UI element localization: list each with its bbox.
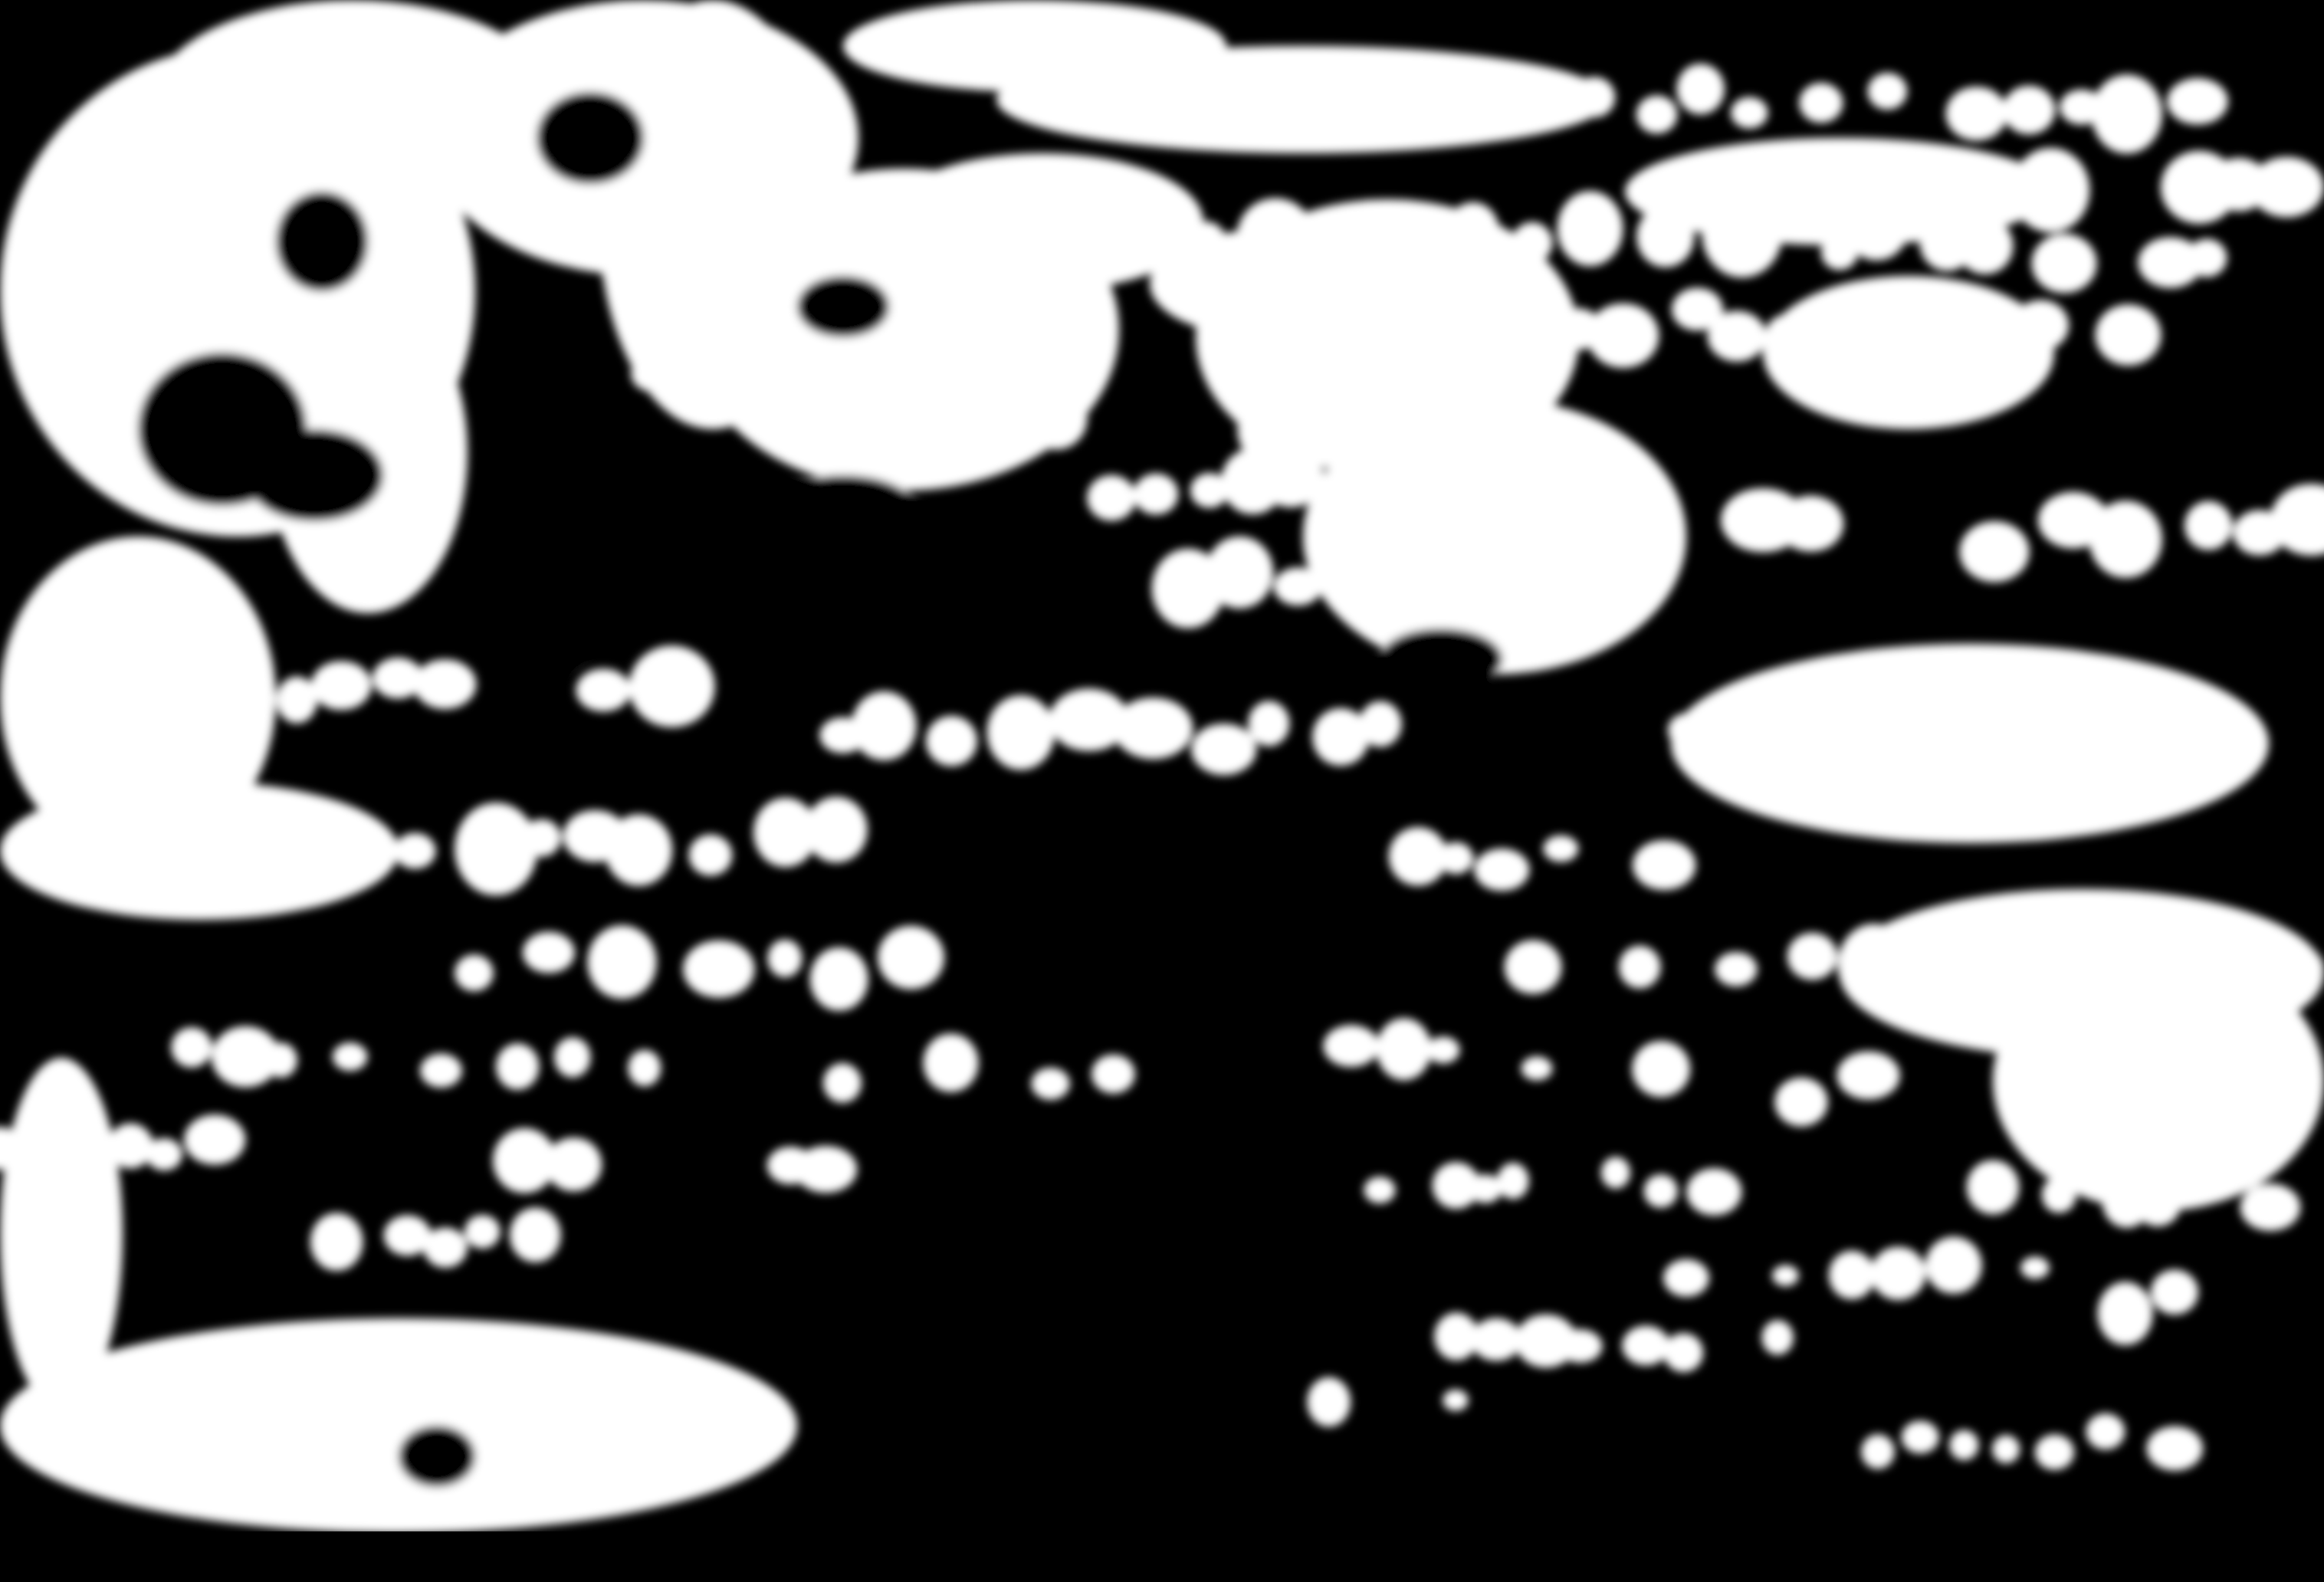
cloud-puff: [1304, 227, 1343, 258]
cloud-puff: [1829, 1251, 1875, 1299]
cloud-puff: [2089, 501, 2162, 578]
cloud-puff: [852, 691, 917, 760]
cloud-puff: [1488, 485, 1525, 525]
cloud-puff: [628, 1050, 661, 1087]
cloud-puff: [1130, 212, 1169, 243]
cloud-puff: [184, 1114, 245, 1164]
cloud-puff: [31, 1121, 93, 1170]
cloud-puff: [1598, 544, 1660, 591]
cloud-puff: [264, 1042, 297, 1078]
cloud-puff: [1761, 1320, 1793, 1355]
cloud-puff: [1957, 217, 2014, 274]
cloud-puff: [1505, 940, 1562, 994]
cloud-puff: [1512, 222, 1552, 264]
cloud-puff: [1644, 1174, 1678, 1208]
cloud-puff: [1992, 1435, 2020, 1463]
cloud-puff: [845, 402, 918, 474]
cloud-puff: [394, 833, 435, 869]
cloud-puff: [1307, 1377, 1351, 1427]
cloud-puff: [1871, 1246, 1926, 1300]
cloud-puff: [1323, 1025, 1379, 1067]
cloud-puff: [1959, 521, 2029, 582]
cloud-puff: [2113, 953, 2182, 1006]
cloud-puff: [496, 1043, 539, 1089]
cloud-puff: [312, 823, 369, 883]
cloud-puff: [1574, 77, 1616, 117]
cloud-puff: [510, 1207, 561, 1262]
cloud-puff: [1154, 83, 1232, 143]
cloud-puff: [2151, 1269, 2198, 1315]
cloud-puff: [1664, 1333, 1704, 1372]
cloud-puff: [1636, 205, 1694, 267]
cloud-puff: [1799, 83, 1843, 123]
cloud-puff: [1888, 290, 1948, 343]
cloud-puff: [1676, 64, 1725, 114]
cloud-puff: [1543, 835, 1578, 862]
cloud-puff: [1622, 1326, 1669, 1366]
cloud-puff: [631, 355, 672, 392]
cloud-puff: [1025, 386, 1087, 449]
cloud-region: [0, 1058, 123, 1410]
cloud-puff: [1856, 697, 1912, 745]
cloud-puff: [2175, 936, 2217, 976]
cloud-puff: [1087, 475, 1136, 521]
cloud-puff: [523, 819, 561, 857]
cloud-puff: [2003, 86, 2056, 135]
cloud-puff: [2097, 1282, 2152, 1345]
cloud-puff: [605, 815, 672, 886]
cloud-puff: [1558, 1329, 1603, 1363]
cloud-puff: [424, 1228, 468, 1268]
cloud-puff: [2167, 78, 2228, 125]
cloud-puff: [1521, 1056, 1553, 1080]
cloud-puff: [1902, 1421, 1939, 1454]
cloud-puff: [576, 668, 631, 711]
cloud-puff: [1636, 96, 1678, 134]
cloud-puff: [1206, 537, 1273, 609]
cloud-puff: [1702, 191, 1782, 277]
cloud-puff: [1274, 567, 1322, 606]
cloud-puff: [2013, 300, 2070, 350]
cloud-puff: [1359, 701, 1402, 747]
cloud-puff: [988, 416, 1026, 451]
cloud-puff: [1474, 848, 1529, 891]
cloud-region: [0, 1318, 797, 1533]
cloud-puff: [1425, 393, 1497, 462]
cloud-puff: [2135, 1182, 2181, 1226]
cloud-puff: [2042, 1177, 2076, 1213]
cloud-puff: [1248, 701, 1289, 747]
cloud-puff: [146, 1138, 182, 1170]
cloud-puff: [1868, 73, 1908, 110]
cloud-puff: [1237, 198, 1315, 275]
cloud-puff: [108, 1124, 153, 1169]
cloud-puff: [1774, 1078, 1827, 1127]
cloud-puff: [1112, 100, 1155, 142]
cloud-puff: [1364, 1177, 1395, 1203]
cloud-puff: [926, 716, 977, 766]
cloud-puff: [1633, 840, 1696, 890]
cloud-puff: [1861, 1434, 1895, 1469]
cloud-puff: [1772, 1265, 1799, 1285]
cloud-puff: [805, 796, 867, 862]
cloud-puff: [689, 835, 733, 876]
cloud-puff: [455, 802, 537, 895]
cloud-puff: [1715, 952, 1757, 986]
bottom-black-band: [0, 1531, 2324, 1582]
cloud-puff: [1821, 235, 1858, 270]
cloud-puff: [1728, 720, 1781, 767]
cloud-puff: [1838, 924, 1910, 1006]
cloud-puff: [186, 662, 262, 742]
cloud-puff: [1931, 714, 1979, 767]
cloud-puff: [1934, 245, 1965, 271]
cloud-puff: [2258, 944, 2324, 993]
cloud-puff: [986, 695, 1055, 770]
cloud-puff: [2043, 947, 2089, 986]
cloud-puff: [2187, 239, 2227, 277]
cloud-puff: [1354, 550, 1415, 601]
cloud-puff: [878, 926, 944, 990]
cloud-puff: [1389, 827, 1448, 886]
cloud-mask-image: [0, 0, 2324, 1582]
cloud-puff: [464, 1215, 501, 1249]
cloud-puff: [2184, 501, 2233, 550]
cloud-puff: [1377, 1018, 1432, 1080]
cloud-puff: [1189, 222, 1225, 254]
cloud-puff: [923, 1033, 978, 1091]
cloud-puff: [1287, 402, 1326, 433]
cloud-puff: [1777, 496, 1843, 552]
cloud-puff: [1426, 1036, 1459, 1063]
cloud-puff: [629, 645, 715, 727]
cloud-puff: [1967, 1160, 2020, 1214]
cloud-puff: [786, 343, 826, 375]
cloud-puff: [171, 1027, 212, 1067]
cloud-puff: [1619, 946, 1661, 989]
cloud-puff: [1945, 87, 2007, 141]
cloud-puff: [333, 1042, 367, 1071]
cloud-puff: [1370, 64, 1418, 118]
cloud-puff: [2240, 1183, 2301, 1231]
cloud-puff: [523, 932, 575, 973]
cloud-puff: [810, 947, 868, 1011]
cloud-puff: [1498, 573, 1549, 613]
cloud-puff: [2035, 1435, 2074, 1470]
cloud-puff: [1497, 1163, 1529, 1199]
cloud-puff: [1987, 960, 2021, 995]
cloud-puff: [2020, 1256, 2050, 1278]
cloud-puff: [1925, 1236, 1982, 1294]
cloud-puff: [1731, 97, 1768, 129]
cloud-puff: [1708, 310, 1767, 361]
cloud-puff: [1632, 1041, 1690, 1097]
cloud-puff: [1830, 307, 1876, 343]
cloud-puff: [1557, 191, 1623, 266]
cloud-puff: [1949, 1430, 1978, 1460]
cloud-puff: [1443, 1390, 1468, 1411]
cloud-puff: [1366, 454, 1413, 499]
cloud-puff: [1802, 196, 1843, 235]
cloud-puff: [420, 1054, 462, 1088]
cloud-puff: [1787, 933, 1837, 980]
cloud-puff: [1469, 1174, 1502, 1203]
cloud-puff: [2092, 74, 2162, 153]
cloud-puff: [767, 940, 802, 977]
cloud-puff: [1426, 484, 1460, 515]
cloud-puff: [683, 940, 754, 998]
cloud-puff: [1113, 697, 1193, 759]
cloud-puff: [413, 659, 476, 709]
cloud-puff: [2056, 1052, 2114, 1115]
cloud-puff: [455, 955, 494, 992]
cloud-puff: [545, 1137, 602, 1191]
cloud-puff: [2250, 156, 2324, 217]
cloud-puff: [1031, 1068, 1069, 1100]
cloud-puff: [1955, 297, 1994, 340]
cloud-puff: [587, 925, 656, 999]
cloud-puff: [2146, 1426, 2203, 1471]
cloud-puff: [554, 1037, 590, 1077]
cloud-puff: [713, 347, 766, 405]
cloud-puff: [2011, 148, 2089, 232]
cloud-puff: [1587, 304, 1659, 369]
cloud-puff: [1601, 1157, 1630, 1188]
cloud-puff: [823, 1063, 862, 1103]
cloud-puff: [1258, 447, 1324, 507]
cloud-puff: [2031, 234, 2096, 294]
cloud-puff: [2114, 1061, 2175, 1130]
cloud-puff: [1837, 1052, 1899, 1100]
cloud-puff: [794, 1146, 857, 1193]
cloud-puff: [1668, 714, 1705, 747]
cloud-puff: [2086, 1413, 2125, 1449]
cloud-puff: [1765, 314, 1806, 355]
cloud-puff: [310, 1213, 363, 1271]
cloud-puff: [311, 661, 372, 710]
cloud-puff: [1091, 1055, 1135, 1094]
cloud-puff: [1471, 1318, 1521, 1361]
cloud-puff: [1191, 724, 1256, 775]
cloud-puff: [921, 314, 980, 373]
cloud-puff: [1439, 842, 1474, 875]
cloud-puff: [1663, 1259, 1709, 1297]
cloud-puff: [1134, 474, 1178, 515]
cloud-puff: [1040, 66, 1107, 122]
cloud-puff: [1961, 168, 2000, 208]
cloud-puff: [2095, 304, 2161, 366]
cloud-puff: [1686, 1168, 1741, 1215]
cloud-puff: [1447, 202, 1499, 261]
